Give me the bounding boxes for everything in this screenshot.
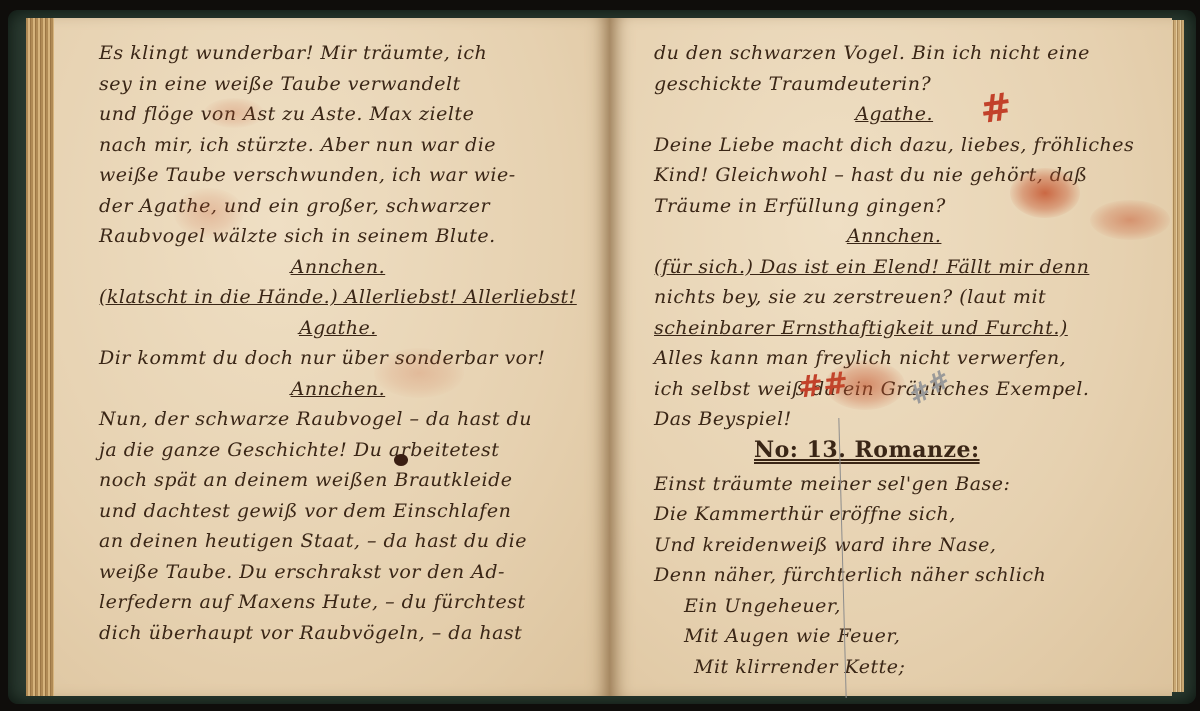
text-line: Deine Liebe macht dich dazu, liebes, frö…	[654, 130, 1134, 161]
stage-direction: (für sich.) Das ist ein Elend! Fällt mir…	[654, 252, 1134, 283]
text-line: Ein Ungeheuer,	[654, 591, 1134, 622]
speaker-name: Annchen.	[654, 221, 1134, 252]
speaker-name: Annchen.	[99, 374, 577, 405]
text-line: Die Kammerthür eröffne sich,	[654, 499, 1134, 530]
page-edges-right	[1170, 20, 1184, 692]
text-line: und flöge von Ast zu Aste. Max zielte	[99, 99, 577, 130]
text-line: an deinen heutigen Staat, – da hast du d…	[99, 526, 577, 557]
red-smudge	[1010, 168, 1080, 218]
text-line: nach mir, ich stürzte. Aber nun war die	[99, 130, 577, 161]
speaker-name: Agathe.	[99, 313, 577, 344]
text-line: weiße Taube. Du erschrakst vor den Ad-	[99, 557, 577, 588]
red-smudge	[825, 360, 905, 410]
text-line: sey in eine weiße Taube verwandelt	[99, 69, 577, 100]
text-line: Raubvogel wälzte sich in seinem Blute.	[99, 221, 577, 252]
text-line: Und kreidenweiß ward ihre Nase,	[654, 530, 1134, 561]
right-page-text: du den schwarzen Vogel. Bin ich nicht ei…	[654, 38, 1134, 682]
text-line: Das Beyspiel!	[654, 404, 1134, 435]
red-smudge	[1090, 200, 1170, 240]
text-line: du den schwarzen Vogel. Bin ich nicht ei…	[654, 38, 1134, 69]
stain	[204, 98, 264, 128]
left-page: Es klingt wunderbar! Mir träumte, ichsey…	[54, 18, 610, 696]
stage-direction: (klatscht in die Hände.) Allerliebst! Al…	[99, 282, 577, 313]
section-title: No: 13. Romanze:	[654, 435, 1134, 469]
text-line: nichts bey, sie zu zerstreuen? (laut mit	[654, 282, 1134, 313]
right-page: du den schwarzen Vogel. Bin ich nicht ei…	[610, 18, 1172, 696]
text-line: Einst träumte meiner sel'gen Base:	[654, 469, 1134, 500]
stain	[374, 348, 464, 398]
text-line: lerfedern auf Maxens Hute, – du fürchtes…	[99, 587, 577, 618]
text-line: Mit Augen wie Feuer,	[654, 621, 1134, 652]
text-line: Dir kommt du doch nur über sonderbar vor…	[99, 343, 577, 374]
speaker-name: Agathe.	[654, 99, 1134, 130]
left-page-text: Es klingt wunderbar! Mir träumte, ichsey…	[99, 38, 577, 648]
stain	[174, 188, 244, 238]
red-pencil-mark: #	[977, 84, 1015, 132]
text-line: Nun, der schwarze Raubvogel – da hast du	[99, 404, 577, 435]
text-line: Mit klirrender Kette;	[654, 652, 1134, 683]
text-line: noch spät an deinem weißen Brautkleide	[99, 465, 577, 496]
page-edges-left	[26, 18, 56, 696]
speaker-name: Annchen.	[99, 252, 577, 283]
text-line: weiße Taube verschwunden, ich war wie-	[99, 160, 577, 191]
ink-blot	[394, 454, 408, 466]
text-line: dich überhaupt vor Raubvögeln, – da hast	[99, 618, 577, 649]
text-line: Denn näher, fürchterlich näher schlich	[654, 560, 1134, 591]
text-line: ja die ganze Geschichte! Du arbeitetest	[99, 435, 577, 466]
text-line: und dachtest gewiß vor dem Einschlafen	[99, 496, 577, 527]
stage-direction: scheinbarer Ernsthaftigkeit und Furcht.)	[654, 313, 1134, 344]
text-line: geschickte Traumdeuterin?	[654, 69, 1134, 100]
text-line: Es klingt wunderbar! Mir träumte, ich	[99, 38, 577, 69]
text-line: der Agathe, und ein großer, schwarzer	[99, 191, 577, 222]
